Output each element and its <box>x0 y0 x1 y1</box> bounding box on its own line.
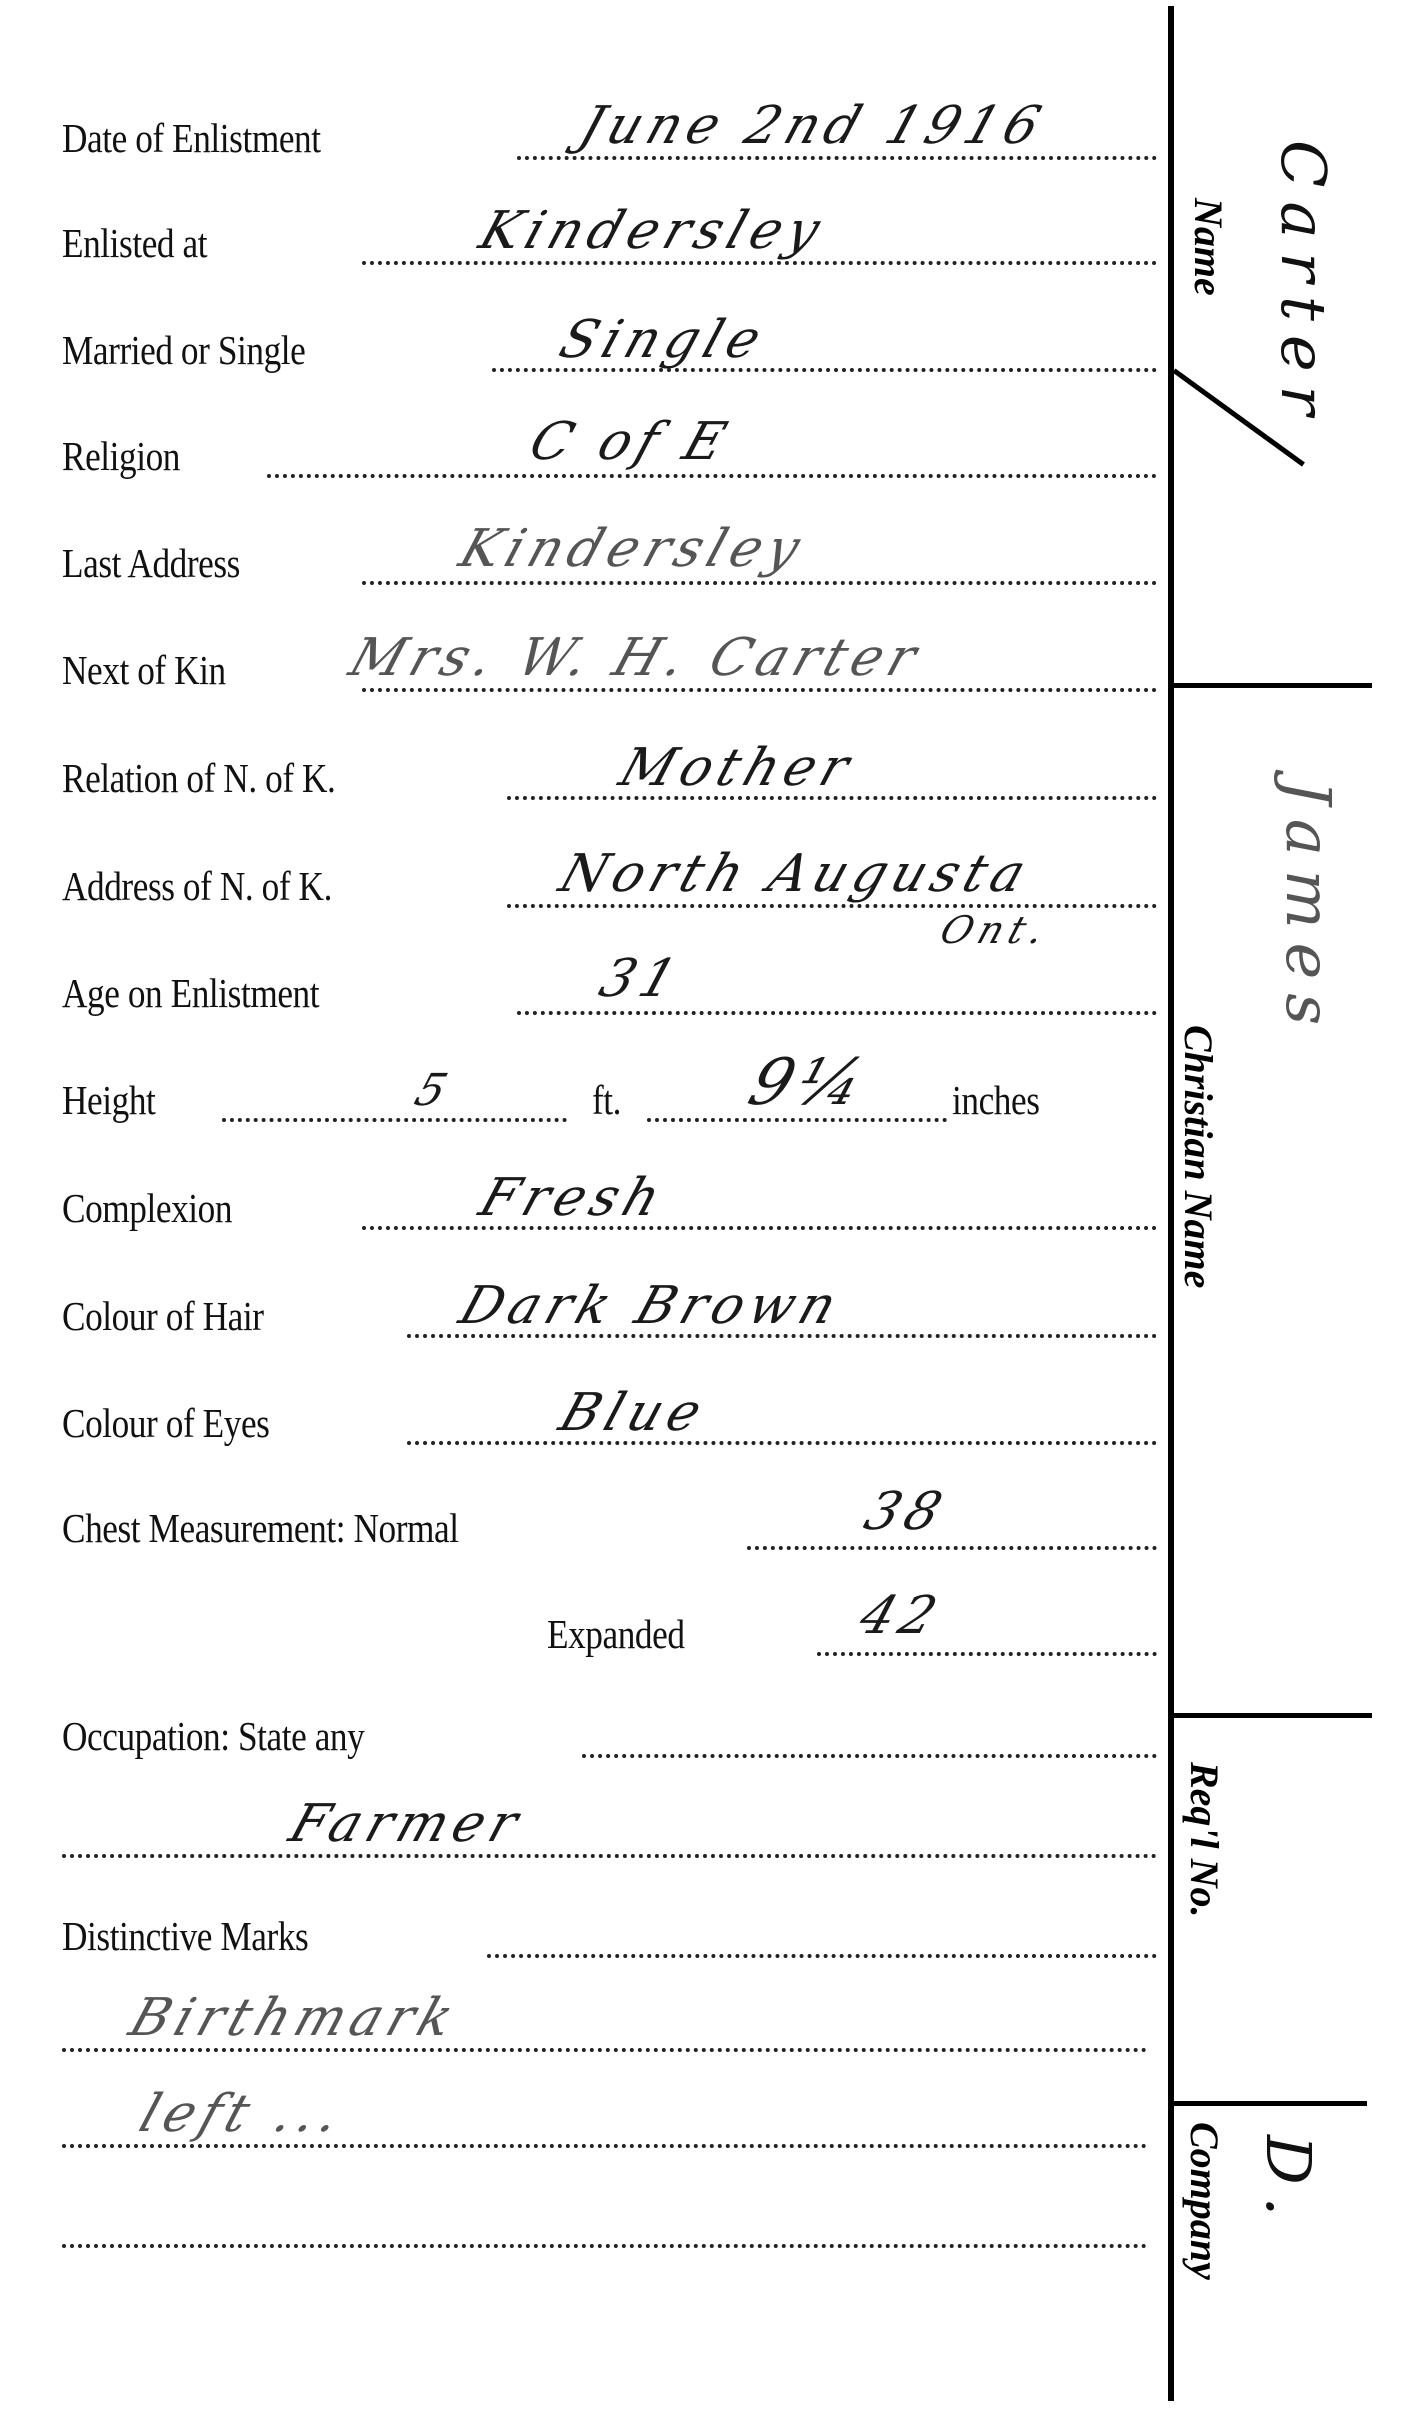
dotted-line <box>62 2048 1147 2052</box>
side-label-name: Name <box>1185 198 1232 296</box>
field-value-line2: left ... <box>132 2084 353 2144</box>
inches-unit-label: inches <box>952 1076 1040 1124</box>
side-label-company: Company <box>1181 2122 1228 2280</box>
field-occupation: Occupation: State any <box>62 1698 1162 1768</box>
field-value-line2: Ont. <box>935 908 1056 952</box>
field-label: Expanded <box>547 1610 685 1658</box>
field-chest-normal: Chest Measurement: Normal 38 <box>62 1490 1162 1560</box>
field-distinctive-marks-line2: Birthmark <box>62 1992 1162 2062</box>
field-label: Colour of Hair <box>62 1292 264 1340</box>
field-next-of-kin: Next of Kin Mrs. W. H. Carter <box>62 632 1162 702</box>
dotted-line <box>507 904 1157 908</box>
side-value-christian-name: James <box>1272 780 1345 1039</box>
field-label: Occupation: State any <box>62 1712 364 1760</box>
field-label: Chest Measurement: Normal <box>62 1504 459 1552</box>
field-label: Age on Enlistment <box>62 969 319 1017</box>
dotted-line <box>62 2144 1147 2148</box>
field-value: 42 <box>852 1586 950 1646</box>
field-value: 38 <box>857 1482 955 1542</box>
field-height: Height 5 ft. 9¼ inches <box>62 1062 1162 1132</box>
field-distinctive-marks: Distinctive Marks <box>62 1898 1162 1968</box>
dotted-line <box>582 1754 1157 1758</box>
side-label-regt-no: Req'l No. <box>1181 1762 1228 1918</box>
height-inches-value: 9¼ <box>740 1046 879 1120</box>
dotted-line <box>362 261 1157 265</box>
side-divider-name <box>1172 683 1372 688</box>
field-distinctive-marks-line4 <box>62 2188 1162 2258</box>
field-age-on-enlistment: Age on Enlistment 31 <box>62 955 1162 1025</box>
field-value: Dark Brown <box>452 1276 849 1336</box>
dotted-line <box>267 474 1157 478</box>
side-value-name: Carter <box>1267 140 1340 429</box>
field-date-of-enlistment: Date of Enlistment June 2nd 1916 <box>62 100 1162 170</box>
field-label: Enlisted at <box>62 219 207 267</box>
field-label: Relation of N. of K. <box>62 754 335 802</box>
dotted-line-feet <box>222 1118 567 1122</box>
field-label: Religion <box>62 432 180 480</box>
dotted-line <box>517 1011 1157 1015</box>
field-label: Next of Kin <box>62 646 226 694</box>
field-distinctive-marks-line3: left ... <box>62 2088 1162 2158</box>
field-label: Height <box>62 1076 155 1124</box>
field-value: Blue <box>552 1383 715 1443</box>
field-value: June 2nd 1916 <box>572 96 1053 156</box>
field-value: C of E <box>522 412 739 472</box>
field-label: Last Address <box>62 539 240 587</box>
field-value: Mother <box>612 738 862 798</box>
side-divider-regt <box>1172 1713 1372 1718</box>
field-label: Complexion <box>62 1184 232 1232</box>
field-married-or-single: Married or Single Single <box>62 312 1162 382</box>
field-label: Married or Single <box>62 326 305 374</box>
field-religion: Religion C of E <box>62 418 1162 488</box>
field-value: Farmer <box>282 1794 531 1854</box>
field-enlisted-at: Enlisted at Kindersley <box>62 205 1162 275</box>
dotted-line <box>487 1954 1157 1958</box>
field-value: Kindersley <box>452 519 813 579</box>
field-value: Single <box>552 310 774 370</box>
dotted-line <box>747 1546 1157 1550</box>
field-label: Date of Enlistment <box>62 114 321 162</box>
field-relation-of-nok: Relation of N. of K. Mother <box>62 740 1162 810</box>
side-divider-company <box>1172 2101 1367 2106</box>
height-feet-value: 5 <box>409 1065 460 1116</box>
field-label: Colour of Eyes <box>62 1399 269 1447</box>
feet-unit-label: ft. <box>592 1076 621 1124</box>
field-address-of-nok: Address of N. of K. North Augusta Ont. <box>62 848 1162 918</box>
side-label-christian-name: Christian Name <box>1175 1025 1222 1288</box>
field-colour-of-hair: Colour of Hair Dark Brown <box>62 1278 1162 1348</box>
field-occupation-line2: Farmer <box>62 1798 1162 1868</box>
dotted-line <box>62 1854 1157 1858</box>
dotted-line <box>362 688 1157 692</box>
dotted-line <box>407 1441 1157 1445</box>
field-last-address: Last Address Kindersley <box>62 525 1162 595</box>
field-colour-of-eyes: Colour of Eyes Blue <box>62 1385 1162 1455</box>
side-value-company: D. <box>1252 2135 1325 2230</box>
dotted-line <box>817 1652 1157 1656</box>
field-label: Distinctive Marks <box>62 1912 308 1960</box>
field-chest-expanded: Expanded 42 <box>62 1596 1162 1666</box>
field-value: 31 <box>592 949 690 1009</box>
field-value: Kindersley <box>472 201 833 261</box>
field-value: North Augusta <box>552 844 1038 904</box>
field-complexion: Complexion Fresh <box>62 1170 1162 1240</box>
field-value: Mrs. W. H. Carter <box>342 628 929 688</box>
field-label: Address of N. of K. <box>62 862 332 910</box>
field-value: Birthmark <box>122 1988 466 2048</box>
dotted-line <box>362 581 1157 585</box>
field-value: Fresh <box>472 1168 673 1228</box>
vertical-divider <box>1168 6 1174 2401</box>
dotted-line <box>62 2244 1147 2248</box>
dotted-line <box>517 156 1157 160</box>
